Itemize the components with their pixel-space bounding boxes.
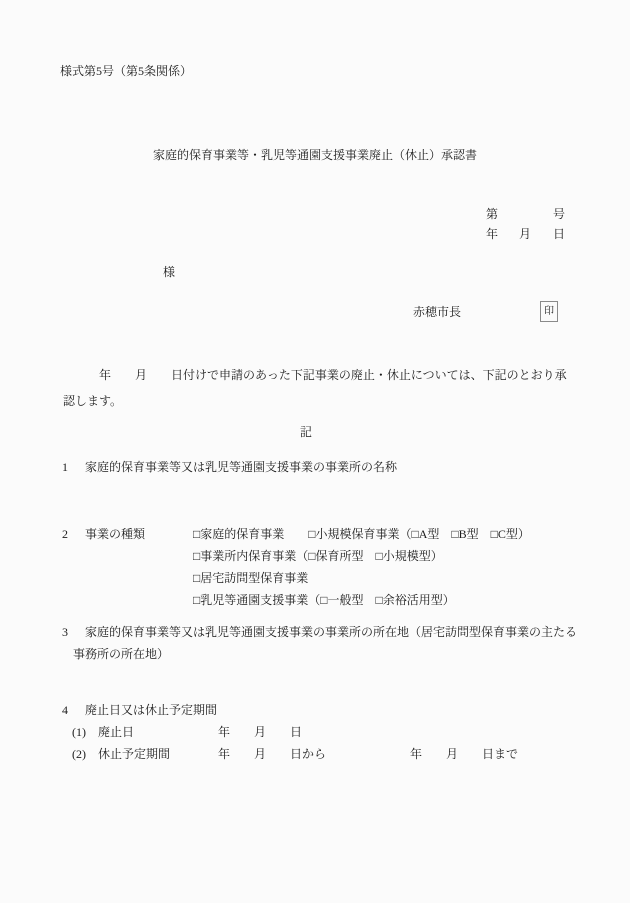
item-2-option-line-4: □乳児等通園支援事業（□一般型 □余裕活用型） <box>193 593 455 607</box>
item-2-option-line-3: □居宅訪問型保育事業 <box>193 571 308 585</box>
item-3-number: 3 <box>62 625 68 639</box>
form-number-label: 様式第5号（第5条関係） <box>60 64 192 78</box>
item-2-option-line-2: □事業所内保育事業（□保育所型 □小規模型） <box>193 549 443 563</box>
document-page: 様式第5号（第5条関係） 家庭的保育事業等・乳児等通園支援事業廃止（休止）承認書… <box>0 0 630 903</box>
item-4-number: 4 <box>62 703 68 717</box>
item-1-label: 家庭的保育事業等又は乳児等通園支援事業の事業所の名称 <box>85 460 397 474</box>
doc-number-suffix: 号 <box>553 207 565 221</box>
item-3-label-line-1: 家庭的保育事業等又は乳児等通園支援事業の事業所の所在地（居宅訪問型保育事業の主た… <box>85 625 577 639</box>
item-4-row-abolition-date: (1) 廃止日 年 月 日 <box>72 725 302 739</box>
issue-date-day-label: 日 <box>553 227 565 241</box>
page-title: 家庭的保育事業等・乳児等通園支援事業廃止（休止）承認書 <box>0 148 630 162</box>
issue-date-month-label: 月 <box>519 227 531 241</box>
record-heading: 記 <box>0 425 612 439</box>
approval-paragraph: 年 月 日付けで申請のあった下記事業の廃止・休止については、下記のとおり承認しま… <box>63 362 575 414</box>
inkan-stamp-label: 印 <box>544 306 554 317</box>
item-1-number: 1 <box>62 460 68 474</box>
item-2-label: 事業の種類 <box>85 527 145 541</box>
inkan-stamp-box: 印 <box>540 301 558 322</box>
item-2-number: 2 <box>62 527 68 541</box>
item-4-row-suspension-period: (2) 休止予定期間 年 月 日から 年 月 日まで <box>72 747 518 761</box>
item-2-option-line-1: □家庭的保育事業 □小規模保育事業（□A型 □B型 □C型） <box>193 527 530 541</box>
item-3-label-line-2: 事務所の所在地） <box>73 647 169 661</box>
mayor-name-label: 赤穂市長 <box>413 305 461 319</box>
doc-number-prefix: 第 <box>486 207 498 221</box>
item-4-label: 廃止日又は休止予定期間 <box>85 703 217 717</box>
addressee-sama-label: 様 <box>163 265 175 279</box>
issue-date-year-label: 年 <box>486 227 498 241</box>
